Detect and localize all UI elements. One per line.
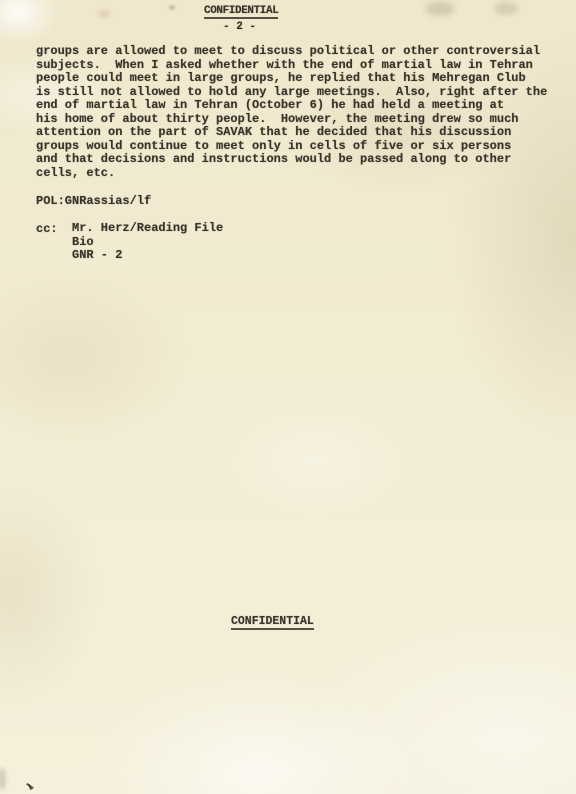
drafting-office-line: POL:GNRassias/lf [36,194,151,208]
ink-mark [24,781,36,791]
classification-header: CONFIDENTIAL [204,5,278,19]
paper-stain [425,2,455,16]
scanned-document-page: CONFIDENTIAL - 2 - groups are allowed to… [0,0,576,794]
paper-stain [99,10,110,18]
paper-speck [169,5,175,10]
paper-edge-smudge [0,768,6,790]
cc-block: cc: Mr. Herz/Reading File Bio GNR - 2 [36,222,223,263]
paper-stain [494,2,518,15]
cc-label: cc: [36,222,72,236]
classification-footer: CONFIDENTIAL [231,615,314,630]
body-paragraph: groups are allowed to meet to discuss po… [36,45,547,180]
cc-recipient-list: Mr. Herz/Reading File Bio GNR - 2 [72,222,223,263]
page-number: - 2 - [223,21,256,33]
